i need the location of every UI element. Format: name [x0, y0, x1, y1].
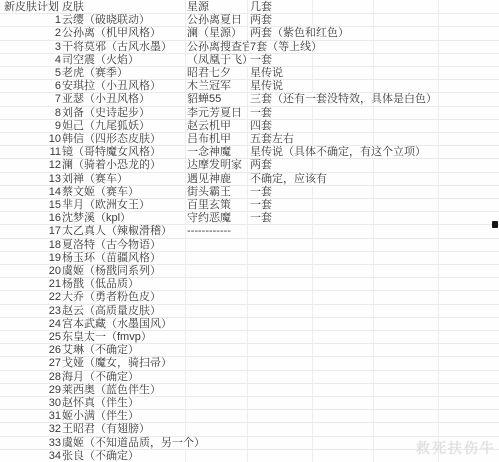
cell-sets[interactable]: 三套（还有一套没特效，具体是白色） — [249, 93, 438, 105]
row-number: 6 — [48, 80, 61, 92]
row-number: 2 — [48, 27, 61, 39]
cell-origin[interactable]: （凤凰于飞） — [186, 54, 254, 66]
cell-skin[interactable]: 17太乙真人（辣椒滑稽） — [47, 225, 173, 237]
cell-origin[interactable]: 李元芳夏日 — [186, 107, 243, 119]
header-cell-sets[interactable]: 几套 — [249, 1, 273, 13]
skin-name: 沈梦溪（kpl） — [62, 212, 131, 224]
cell-skin[interactable]: 32王昭君（有翅膀） — [47, 423, 151, 435]
row-number: 20 — [48, 265, 61, 277]
skin-name: 虞姬（杨戬同系列） — [62, 265, 161, 277]
watermark: 救死扶伤牛 — [416, 438, 496, 458]
skin-name: 干将莫邪（古风水墨） — [62, 41, 172, 53]
cell-origin[interactable]: 赵云机甲 — [186, 120, 232, 132]
cell-sets[interactable]: 两套（紫色和红色） — [249, 27, 350, 39]
cell-origin[interactable]: 一念神魔 — [186, 146, 232, 158]
row-number: 1 — [48, 14, 61, 26]
cell-sets[interactable]: 不确定，应该有 — [249, 173, 328, 185]
skin-name: 芈月（欧洲女王） — [62, 199, 150, 211]
row-number: 7 — [48, 93, 61, 105]
cell-skin[interactable]: 20虞姬（杨戬同系列） — [47, 265, 162, 277]
cell-origin[interactable]: 守约恶魔 — [186, 212, 232, 224]
cell-skin[interactable]: 31姬小满（伴生） — [47, 410, 140, 422]
skin-name: 姬小满（伴生） — [62, 410, 139, 422]
skin-name: 宫本武藏（水墨国风） — [62, 318, 172, 330]
skin-name: 亚瑟（小丑风格） — [62, 93, 150, 105]
cell-origin[interactable]: ------------ — [186, 225, 232, 237]
cell-sets[interactable]: 星传说（具体不确定，有这个立项） — [249, 146, 427, 158]
cell-origin[interactable]: 达摩发明家 — [186, 159, 243, 171]
cell-skin[interactable]: 21杨戬（低品质） — [47, 278, 140, 290]
cell-skin[interactable]: 6安琪拉（小丑风格） — [47, 80, 162, 92]
skin-name: 妲己（九尾狐妖） — [62, 120, 150, 132]
cell-origin[interactable]: 木兰冠军 — [186, 80, 232, 92]
gridline-vertical — [312, 0, 313, 462]
skin-name: 大乔（勇者粉色皮） — [62, 291, 161, 303]
gridline-vertical — [247, 0, 248, 462]
row-number: 8 — [48, 107, 61, 119]
cell-origin[interactable]: 吕布机甲 — [186, 133, 232, 145]
skin-name: 夏洛特（古今物语） — [62, 239, 161, 251]
row-number: 12 — [48, 159, 61, 171]
row-number: 9 — [48, 120, 61, 132]
skin-name: 安琪拉（小丑风格） — [62, 80, 161, 92]
skin-name: 杨戬（低品质） — [62, 278, 139, 290]
skin-name: 东皇太一（fmvp） — [62, 331, 152, 343]
row-number: 16 — [48, 212, 61, 224]
row-number: 10 — [48, 133, 61, 145]
cell-skin[interactable]: 14蔡文姬（赛车） — [47, 186, 140, 198]
edge-mark — [492, 221, 498, 228]
skin-name: 韩信（四形态皮肤） — [62, 133, 161, 145]
cell-sets[interactable]: 一套 — [249, 186, 273, 198]
skin-name: 镜（哥特魔女风格） — [62, 146, 161, 158]
cell-skin[interactable]: 27戈娅（魔女，骑扫帚） — [47, 357, 173, 369]
cell-sets[interactable]: 星传说 — [249, 67, 284, 79]
cell-skin[interactable]: 9妲己（九尾狐妖） — [47, 120, 151, 132]
row-number: 31 — [48, 410, 61, 422]
row-number: 15 — [48, 199, 61, 211]
cell-skin[interactable]: 30赵怀真（伴生） — [47, 397, 140, 409]
cell-skin[interactable]: 5老虎（赛季） — [47, 67, 129, 79]
cell-skin[interactable]: 10韩信（四形态皮肤） — [47, 133, 162, 145]
cell-skin[interactable]: 13刘禅（赛车） — [47, 173, 129, 185]
cell-skin[interactable]: 24宫本武藏（水墨国风） — [47, 318, 173, 330]
row-number: 18 — [48, 239, 61, 251]
row-number: 19 — [48, 252, 61, 264]
cell-sets[interactable]: 7套（等上线） — [249, 41, 323, 53]
row-number: 33 — [48, 437, 61, 449]
cell-skin[interactable]: 4司空震（火焰） — [47, 54, 140, 66]
gridline-vertical — [373, 0, 374, 462]
row-number: 17 — [48, 225, 61, 237]
cell-skin[interactable]: 25东皇太一（fmvp） — [47, 331, 153, 343]
cell-origin[interactable]: 百里玄策 — [186, 199, 232, 211]
cell-sets[interactable]: 四套 — [249, 120, 273, 132]
row-number: 25 — [48, 331, 61, 343]
skin-name: 杨玉环（苗疆风格） — [62, 252, 161, 264]
skin-name: 司空震（火焰） — [62, 54, 139, 66]
skin-name: 戈娅（魔女，骑扫帚） — [62, 357, 172, 369]
cell-skin[interactable]: 22大乔（勇者粉色皮） — [47, 291, 162, 303]
skin-name: 王昭君（有翅膀） — [62, 423, 150, 435]
cell-skin[interactable]: 2公孙离（机甲风格） — [47, 27, 162, 39]
cell-skin[interactable]: 1云缨（破晓联动） — [47, 14, 151, 26]
cell-skin[interactable]: 23赵云（高质量皮肤） — [47, 305, 162, 317]
cell-skin[interactable]: 29莱西奥（蓝色伴生） — [47, 384, 162, 396]
skin-name: 海月（不确定） — [62, 371, 139, 383]
skin-name: 虞姬（不知道品质，另一个） — [62, 437, 205, 449]
cell-skin[interactable]: 8刘备（史诗起步） — [47, 107, 151, 119]
cell-sets[interactable]: 一套 — [249, 212, 273, 224]
row-number: 23 — [48, 305, 61, 317]
skin-name: 蔡文姬（赛车） — [62, 186, 139, 198]
cell-origin[interactable]: 街头霸王 — [186, 186, 232, 198]
skin-name: 刘禅（赛车） — [62, 173, 128, 185]
cell-skin[interactable]: 33虞姬（不知道品质，另一个） — [47, 437, 206, 449]
gridline-vertical — [438, 0, 439, 462]
skin-name: 云缨（破晓联动） — [62, 14, 150, 26]
row-number: 28 — [48, 371, 61, 383]
cell-sets[interactable]: 星传说 — [249, 80, 284, 92]
cell-sets[interactable]: 五套左右 — [249, 133, 295, 145]
cell-skin[interactable]: 12澜（骑着小恐龙的） — [47, 159, 162, 171]
skin-name: 老虎（赛季） — [62, 67, 128, 79]
cell-skin[interactable]: 19杨玉环（苗疆风格） — [47, 252, 162, 264]
skin-name: 赵怀真（伴生） — [62, 397, 139, 409]
row-number: 24 — [48, 318, 61, 330]
row-number: 30 — [48, 397, 61, 409]
cell-sets[interactable]: 两套 — [249, 159, 273, 171]
row-number: 22 — [48, 291, 61, 303]
row-number: 29 — [48, 384, 61, 396]
header-cell-origin[interactable]: 星源 — [186, 1, 210, 13]
row-number: 5 — [48, 67, 61, 79]
cell-origin[interactable]: 澜（星源） — [186, 27, 243, 39]
cell-sets[interactable]: 一套 — [249, 107, 273, 119]
row-number: 14 — [48, 186, 61, 198]
row-number: 21 — [48, 278, 61, 290]
cell-origin[interactable]: 公孙离夏日 — [186, 14, 243, 26]
spreadsheet: 新皮肤计划 皮肤 星源 几套 1云缨（破晓联动）公孙离夏日两套2公孙离（机甲风格… — [0, 0, 499, 462]
cell-skin[interactable]: 16沈梦溪（kpl） — [47, 212, 132, 224]
cell-skin[interactable]: 11镜（哥特魔女风格） — [47, 146, 162, 158]
row-number: 34 — [48, 450, 61, 462]
cell-skin[interactable]: 7亚瑟（小丑风格） — [47, 93, 151, 105]
cell-origin[interactable]: 昭君七夕 — [186, 67, 232, 79]
row-number: 4 — [48, 54, 61, 66]
cell-skin[interactable]: 28海月（不确定） — [47, 371, 140, 383]
cell-skin[interactable]: 15芈月（欧洲女王） — [47, 199, 151, 211]
row-number: 32 — [48, 423, 61, 435]
row-number: 27 — [48, 357, 61, 369]
skin-name: 太乙真人（辣椒滑稽） — [62, 225, 172, 237]
skin-name: 公孙离（机甲风格） — [62, 27, 161, 39]
header-cell-skin[interactable]: 皮肤 — [61, 1, 85, 13]
cell-origin[interactable]: 貂蝉55 — [186, 93, 222, 105]
row-number: 11 — [48, 146, 61, 158]
skin-name: 澜（骑着小恐龙的） — [62, 159, 161, 171]
skin-name: 艾琳（不确定） — [62, 344, 139, 356]
row-number: 26 — [48, 344, 61, 356]
cell-sets[interactable]: 一套 — [249, 54, 273, 66]
skin-name: 莱西奥（蓝色伴生） — [62, 384, 161, 396]
skin-name: 张良（不确定） — [62, 450, 139, 462]
cell-sets[interactable]: 两套 — [249, 14, 273, 26]
cell-origin[interactable]: 公孙离搜查官 — [186, 41, 254, 53]
row-number: 13 — [48, 173, 61, 185]
cell-origin[interactable]: 遇见神鹿 — [186, 173, 232, 185]
cell-skin[interactable]: 18夏洛特（古今物语） — [47, 239, 162, 251]
row-number: 3 — [48, 41, 61, 53]
header-cell-plan[interactable]: 新皮肤计划 — [3, 1, 60, 13]
cell-skin[interactable]: 34张良（不确定） — [47, 450, 140, 462]
skin-name: 赵云（高质量皮肤） — [62, 305, 161, 317]
skin-name: 刘备（史诗起步） — [62, 107, 150, 119]
cell-skin[interactable]: 3干将莫邪（古风水墨） — [47, 41, 173, 53]
cell-sets[interactable]: 一套 — [249, 199, 273, 211]
cell-skin[interactable]: 26艾琳（不确定） — [47, 344, 140, 356]
